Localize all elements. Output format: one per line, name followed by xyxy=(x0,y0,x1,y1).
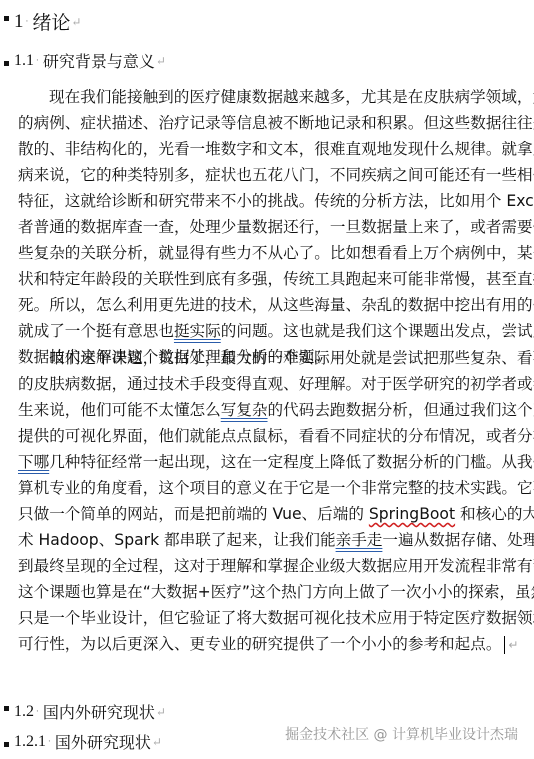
text-line: 散的、非结构化的，光看一堆数字和文本，很难直观地发现什么规律。就拿皮肤 xyxy=(18,136,518,162)
heading-1-2[interactable]: 1.2 · 国内外研究现状 ↵ xyxy=(4,700,166,723)
paragraph-mark-icon: ↵ xyxy=(156,705,166,719)
heading-marker-icon xyxy=(4,706,9,711)
paragraph-mark-icon: ↵ xyxy=(508,638,518,652)
watermark: 掘金技术社区 @ 计算机毕业设计杰瑞 xyxy=(285,724,518,744)
text-line: 状和特定年龄段的关联性到底有多强，传统工具跑起来可能非常慢，甚至直接卡 xyxy=(18,266,518,292)
paragraph-mark-icon: ↵ xyxy=(71,15,81,29)
text-line: 这个课题也算是在“大数据+医疗”这个热门方向上做了一次小小的探索，虽然 xyxy=(18,579,518,605)
heading-number: 1 xyxy=(14,11,24,33)
heading-1-1[interactable]: 1.1 · 研究背景与意义 ↵ xyxy=(4,49,166,72)
text-run: 只做一个简单的网站，而是把前端的 Vue、后端的 xyxy=(18,505,369,523)
grammar-flagged-text[interactable]: 下哪 xyxy=(18,453,49,471)
text-line: 者普通的数据库查一查，处理少量数据还行，一旦数据量上来了，或者需要做一 xyxy=(18,214,518,240)
text-line: 下哪几种特征经常一起出现，这在一定程度上降低了数据分析的门槛。从我们计 xyxy=(18,449,518,475)
text-line: 特征，这就给诊断和研究带来不小的挑战。传统的分析方法，比如用个 Excel 或 xyxy=(18,188,518,214)
text-run: 生来说，他们可能不太懂怎么 xyxy=(18,401,221,419)
text-line: 咱们这个课题，说白了，最大的一个实际用处就是尝试把那些复杂、看不懂 xyxy=(18,345,518,371)
text-line: 提供的可视化界面，他们就能点点鼠标，看看不同症状的分布情况，或者分析一 xyxy=(18,423,518,449)
text-line: 生来说，他们可能不太懂怎么写复杂的代码去跑数据分析，但通过我们这个系统 xyxy=(18,397,518,423)
heading-title: 绪论 xyxy=(32,8,70,35)
spelling-flagged-text[interactable]: SpringBoot xyxy=(369,505,455,523)
text-line: 的皮肤病数据，通过技术手段变得直观、好理解。对于医学研究的初学者或者学 xyxy=(18,371,518,397)
heading-title: 研究背景与意义 xyxy=(43,49,155,72)
grammar-flagged-text[interactable]: 亲手走 xyxy=(336,531,383,549)
text-run: 提供的可视化界面，他们就能点点鼠标，看看不同症状的分布情况，或者分析 xyxy=(18,427,534,445)
body-paragraph-2[interactable]: 咱们这个课题，说白了，最大的一个实际用处就是尝试把那些复杂、看不懂 的皮肤病数据… xyxy=(18,345,518,657)
heading-marker-icon xyxy=(4,61,9,66)
paragraph-mark-icon: ↵ xyxy=(156,54,166,68)
text-line: 些复杂的关联分析，就显得有些力不从心了。比如想看看上万个病例中，某个症 xyxy=(18,240,518,266)
text-run: 可行性，为以后更深入、更专业的研究提供了一个小小的参考和起点。 xyxy=(18,635,501,653)
text-run: 几种特征经常一起出现，这在一定程度上降低了数据分析的门槛。从我们计 xyxy=(49,453,534,471)
heading-number: 1.2.1 xyxy=(14,733,46,751)
text-line: 的病例、症状描述、治疗记录等信息被不断地记录和积累。但这些数据往往是零 xyxy=(18,110,518,136)
heading-title: 国内外研究现状 xyxy=(43,700,155,723)
heading-number: 1.1 xyxy=(14,52,34,70)
tab-mark-icon: · xyxy=(48,737,51,747)
grammar-flagged-text[interactable]: 写复杂 xyxy=(221,401,268,419)
text-cursor xyxy=(504,636,505,654)
text-line: 到最终呈现的全过程，这对于理解和掌握企业级大数据应用开发流程非常有帮助。 xyxy=(18,553,518,579)
text-run: 术 Hadoop、Spark 都串联了起来，让我们能 xyxy=(18,531,336,549)
grammar-flagged-text[interactable]: 挺实际 xyxy=(174,322,221,340)
text-line: 算机专业的角度看，这个项目的意义在于它是一个非常完整的技术实践。它不是 xyxy=(18,475,518,501)
body-paragraph-1[interactable]: 现在我们能接触到的医疗健康数据越来越多，尤其是在皮肤病学领域，大量 的病例、症状… xyxy=(18,84,518,370)
text-run: 的代码去跑数据分析，但通过我们这个系统 xyxy=(268,401,534,419)
tab-mark-icon: · xyxy=(36,56,39,66)
tab-mark-icon: · xyxy=(26,17,29,27)
document-page[interactable]: 1 · 绪论 ↵ 1.1 · 研究背景与意义 ↵ 现在我们能接触到的医疗健康数据… xyxy=(0,0,534,759)
heading-number: 1.2 xyxy=(14,703,34,721)
text-line: 死。所以，怎么利用更先进的技术，从这些海量、杂乱的数据中挖出有用的信息， xyxy=(18,292,518,318)
heading-1-2-1[interactable]: 1.2.1 · 国外研究现状 ↵ xyxy=(4,730,162,753)
text-run: 和核心的大数据技 xyxy=(455,505,534,523)
text-run: 的问题。这也就是我们这个课题出发点，尝试用大 xyxy=(221,322,534,340)
heading-1[interactable]: 1 · 绪论 ↵ xyxy=(4,8,81,35)
text-run: 一遍从数据存储、处理、分析 xyxy=(382,531,534,549)
text-line: 病来说，它的种类特别多，症状也五花八门，不同疾病之间可能还有一些相似的 xyxy=(18,162,518,188)
tab-mark-icon: · xyxy=(36,707,39,717)
text-line: 术 Hadoop、Spark 都串联了起来，让我们能亲手走一遍从数据存储、处理、… xyxy=(18,527,518,553)
heading-marker-icon xyxy=(4,16,9,21)
text-line: 可行性，为以后更深入、更专业的研究提供了一个小小的参考和起点。↵ xyxy=(18,631,518,657)
heading-marker-icon xyxy=(4,742,9,747)
text-line: 只做一个简单的网站，而是把前端的 Vue、后端的 SpringBoot 和核心的… xyxy=(18,501,518,527)
paragraph-mark-icon: ↵ xyxy=(152,735,162,749)
text-run: 就成了一个挺有意思也 xyxy=(18,322,174,340)
heading-title: 国外研究现状 xyxy=(55,730,151,753)
text-line: 只是一个毕业设计，但它验证了将大数据可视化技术应用于特定医疗数据领域的 xyxy=(18,605,518,631)
text-line: 就成了一个挺有意思也挺实际的问题。这也就是我们这个课题出发点，尝试用大 xyxy=(18,318,518,344)
text-line: 现在我们能接触到的医疗健康数据越来越多，尤其是在皮肤病学领域，大量 xyxy=(18,84,518,110)
